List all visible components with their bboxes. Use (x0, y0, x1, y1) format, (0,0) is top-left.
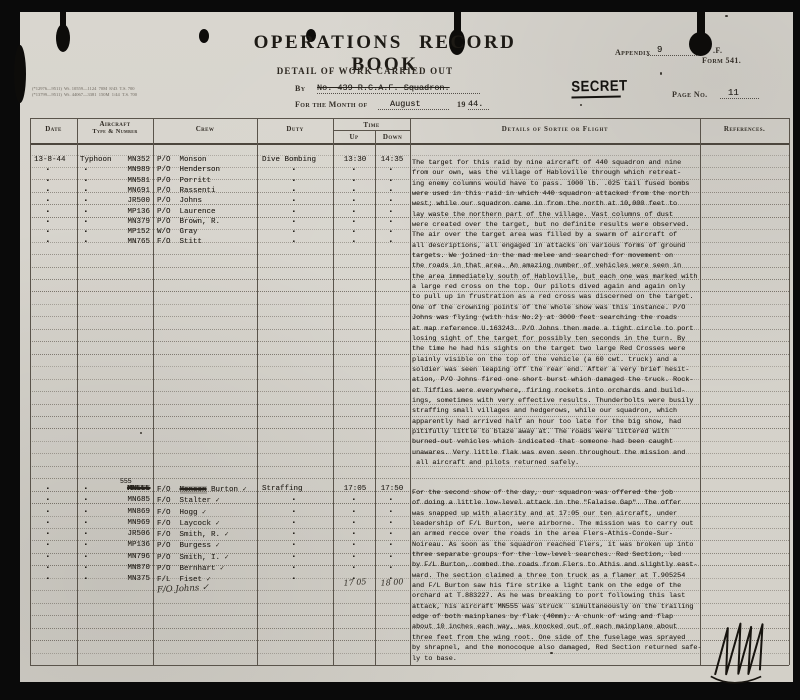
down-ditto-mark: ▪ (389, 187, 393, 194)
aircraft-serial-cell: JR500 (112, 197, 150, 205)
scan-speck (550, 652, 553, 654)
print-note-1: (*12976—9511) Wt. 10559—1124 70M 8/43 T.… (32, 86, 135, 91)
scan-speck (140, 432, 142, 434)
date-ditto-mark: ▪ (46, 508, 50, 515)
aircraft-serial-cell: MN796 (112, 553, 150, 561)
down-ditto-mark: ▪ (389, 238, 393, 245)
scan-edge-blot (14, 45, 26, 103)
header-crew: Crew (153, 125, 257, 133)
type-ditto-mark: ▪ (84, 208, 88, 215)
date-ditto-mark: ▪ (46, 187, 50, 194)
handwritten-time-down: 18 00 (374, 577, 411, 588)
type-ditto-mark: ▪ (84, 228, 88, 235)
header-duty: Duty (257, 125, 333, 133)
table-border-right (789, 118, 790, 665)
crew-name-cell: F/O Stalter ✓ (157, 496, 220, 505)
time-down-cell: 17:50 (374, 485, 410, 493)
rule-line (30, 478, 789, 479)
time-sub-divider (333, 130, 410, 131)
checkmark-icon: ✓ (220, 565, 224, 573)
up-ditto-mark: ▪ (352, 197, 356, 204)
signature-scribble (708, 613, 776, 692)
aircraft-type-cell: Typhoon (80, 156, 112, 164)
duty-ditto-mark: ▪ (292, 177, 296, 184)
duty-ditto-mark: ▪ (292, 564, 296, 571)
aircraft-serial-cell: MN969 (112, 519, 150, 527)
scan-speck (725, 15, 728, 17)
type-ditto-mark: ▪ (84, 508, 88, 515)
header-references: References. (700, 125, 789, 133)
duty-ditto-mark: ▪ (292, 238, 296, 245)
by-label: By (295, 84, 305, 93)
date-ditto-mark: ▪ (46, 218, 50, 225)
checkmark-icon: ✓ (216, 542, 220, 550)
time-up-cell: 17:05 (336, 485, 374, 493)
aircraft-serial-cell: MN989 (112, 166, 150, 174)
down-ditto-mark: ▪ (389, 177, 393, 184)
up-ditto-mark: ▪ (352, 541, 356, 548)
aircraft-serial-cell: MP136 (112, 208, 150, 216)
date-ditto-mark: ▪ (46, 485, 50, 492)
down-ditto-mark: ▪ (389, 218, 393, 225)
crew-name-cell: F/O Smith, R. ✓ (157, 530, 229, 539)
date-ditto-mark: ▪ (46, 238, 50, 245)
up-ditto-mark: ▪ (352, 530, 356, 537)
down-ditto-mark: ▪ (389, 508, 393, 515)
duty-ditto-mark: ▪ (292, 197, 296, 204)
aircraft-serial-cell: MN375 (112, 575, 150, 583)
crew-name-cell: P/O Johns (157, 197, 202, 205)
duty-ditto-mark: ▪ (292, 496, 296, 503)
month-label: For the Month of (295, 100, 368, 109)
page-subtitle: DETAIL OF WORK CARRIED OUT (245, 66, 485, 76)
header-aircraft-line1: Aircraft (77, 120, 153, 128)
aircraft-serial-cell: MP152 (112, 228, 150, 236)
header-date: Date (30, 125, 77, 133)
sortie-2-details: For the second show of the day, our squa… (412, 488, 706, 664)
handwritten-time-up: 17 05 (336, 577, 375, 589)
time-down-cell: 14:35 (374, 156, 410, 164)
aircraft-serial-cell: MN555 (112, 485, 150, 493)
type-ditto-mark: ▪ (84, 166, 88, 173)
date-ditto-mark: ▪ (46, 166, 50, 173)
duty-ditto-mark: ▪ (292, 508, 296, 515)
appendix-label: Appendix (615, 48, 651, 57)
duty-ditto-mark: ▪ (292, 228, 296, 235)
type-ditto-mark: ▪ (84, 238, 88, 245)
header-time: Time (333, 121, 410, 129)
aircraft-serial-cell: MP136 (112, 541, 150, 549)
hole-punch (56, 24, 70, 52)
checkmark-icon: ✓ (216, 497, 220, 505)
print-note-2: (*13799—9511) Wt. 44067—3381 150M 1/44 T… (32, 92, 137, 97)
up-ditto-mark: ▪ (352, 553, 356, 560)
duty-ditto-mark: ▪ (292, 208, 296, 215)
up-ditto-mark: ▪ (352, 177, 356, 184)
up-ditto-mark: ▪ (352, 228, 356, 235)
type-ditto-mark: ▪ (84, 575, 88, 582)
date-ditto-mark: ▪ (46, 496, 50, 503)
up-ditto-mark: ▪ (352, 187, 356, 194)
down-ditto-mark: ▪ (389, 166, 393, 173)
crew-name-cell: P/O Rassenti (157, 187, 216, 195)
handwritten-pilot: F/O Johns ✓ (157, 583, 210, 596)
crew-name-cell: P/O Brown, R. (157, 218, 220, 226)
month-value: August (378, 99, 449, 110)
by-value: No. 439 R.C.A.F. Squadron. (317, 83, 480, 94)
appendix-leader (647, 48, 697, 56)
page-no-value: 11 (720, 88, 759, 99)
form-ref-bottom: Form 541. (702, 56, 741, 65)
aircraft-serial-cell: MN581 (112, 177, 150, 185)
year-prefix: 19 (457, 100, 466, 109)
up-ditto-mark: ▪ (352, 564, 356, 571)
down-ditto-mark: ▪ (389, 208, 393, 215)
checkmark-icon: ✓ (225, 531, 229, 539)
scan-speck (660, 72, 662, 75)
duty-ditto-mark: ▪ (292, 519, 296, 526)
date-ditto-mark: ▪ (46, 228, 50, 235)
crew-name-cell: P/O Laurence (157, 208, 216, 216)
aircraft-serial-cell: MN870 (112, 564, 150, 572)
crew-name-cell: P/O Henderson (157, 166, 220, 174)
crew-name-cell: P/O Burgess ✓ (157, 541, 220, 550)
type-ditto-mark: ▪ (84, 177, 88, 184)
checkmark-icon: ✓ (216, 520, 220, 528)
duty-ditto-mark: ▪ (292, 575, 296, 582)
down-ditto-mark: ▪ (389, 519, 393, 526)
up-ditto-mark: ▪ (352, 496, 356, 503)
record-book-page: OPERATIONS RECORD BOOK Appendix 9 .F. Fo… (20, 12, 793, 682)
up-ditto-mark: ▪ (352, 519, 356, 526)
date-ditto-mark: ▪ (46, 197, 50, 204)
aircraft-serial-cell: MN379 (112, 218, 150, 226)
duty-cell: Dive Bombing (262, 156, 316, 164)
up-ditto-mark: ▪ (352, 508, 356, 515)
type-ditto-mark: ▪ (84, 218, 88, 225)
aircraft-serial-cell: MN765 (112, 238, 150, 246)
type-ditto-mark: ▪ (84, 541, 88, 548)
date-ditto-mark: ▪ (46, 208, 50, 215)
checkmark-icon: ✓ (202, 509, 206, 517)
hole-punch (199, 29, 209, 43)
type-ditto-mark: ▪ (84, 564, 88, 571)
form-ref-top: .F. (713, 46, 722, 55)
type-ditto-mark: ▪ (84, 530, 88, 537)
checkmark-icon: ✓ (225, 554, 229, 562)
crew-name-cell: P/O Porritt (157, 177, 211, 185)
up-ditto-mark: ▪ (352, 238, 356, 245)
duty-ditto-mark: ▪ (292, 553, 296, 560)
time-up-cell: 13:30 (336, 156, 374, 164)
duty-ditto-mark: ▪ (292, 187, 296, 194)
date-ditto-mark: ▪ (46, 541, 50, 548)
duty-ditto-mark: ▪ (292, 166, 296, 173)
scan-speck (580, 104, 582, 106)
header-details: Details of Sortie or Flight (410, 125, 700, 133)
down-ditto-mark: ▪ (389, 541, 393, 548)
struck-name: Monson (180, 486, 207, 494)
aircraft-serial-cell: JR506 (112, 530, 150, 538)
down-ditto-mark: ▪ (389, 564, 393, 571)
down-ditto-mark: ▪ (389, 530, 393, 537)
header-down: Down (375, 133, 410, 141)
down-ditto-mark: ▪ (389, 197, 393, 204)
year-value: 44. (468, 99, 489, 110)
date-ditto-mark: ▪ (46, 575, 50, 582)
type-ditto-mark: ▪ (84, 496, 88, 503)
date-ditto-mark: ▪ (46, 553, 50, 560)
aircraft-serial-cell: MN685 (112, 496, 150, 504)
crew-name-cell: F/O Hogg ✓ (157, 508, 206, 517)
date-ditto-mark: ▪ (46, 519, 50, 526)
crew-name-cell: F/O Monson Burton ✓ (157, 485, 247, 494)
crew-name-cell: W/O Gray (157, 228, 198, 236)
duty-ditto-mark: ▪ (292, 541, 296, 548)
date-ditto-mark: ▪ (46, 564, 50, 571)
crew-name-cell: F/O Laycock ✓ (157, 519, 220, 528)
date-ditto-mark: ▪ (46, 177, 50, 184)
date-cell: 13-8-44 (34, 156, 66, 164)
down-ditto-mark: ▪ (389, 228, 393, 235)
type-ditto-mark: ▪ (84, 485, 88, 492)
checkmark-icon: ✓ (243, 486, 247, 494)
crew-name-cell: F/O Stitt (157, 238, 202, 246)
header-aircraft-line2: Type & Number (77, 128, 153, 135)
sortie-1-details: The target for this raid by nine aircraf… (412, 158, 706, 468)
aircraft-serial-cell: MN869 (112, 508, 150, 516)
up-ditto-mark: ▪ (352, 208, 356, 215)
up-ditto-mark: ▪ (352, 218, 356, 225)
aircraft-serial-cell: MN352 (112, 156, 150, 164)
page-no-label: Page No. (672, 90, 708, 99)
type-ditto-mark: ▪ (84, 197, 88, 204)
type-ditto-mark: ▪ (84, 187, 88, 194)
date-ditto-mark: ▪ (46, 530, 50, 537)
table-border-bottom (30, 665, 789, 666)
duty-ditto-mark: ▪ (292, 218, 296, 225)
secret-stamp: SECRET (571, 78, 621, 99)
duty-ditto-mark: ▪ (292, 530, 296, 537)
duty-cell: Straffing (262, 485, 303, 493)
crew-name-cell: P/O Smith, I. ✓ (157, 553, 229, 562)
aircraft-serial-cell: MN691 (112, 187, 150, 195)
crew-name-cell: P/O Bernhart ✓ (157, 564, 224, 573)
type-ditto-mark: ▪ (84, 519, 88, 526)
serial-correction: 555 (120, 478, 132, 485)
header-up: Up (333, 133, 375, 141)
type-ditto-mark: ▪ (84, 553, 88, 560)
up-ditto-mark: ▪ (352, 166, 356, 173)
down-ditto-mark: ▪ (389, 553, 393, 560)
crew-name-cell: P/O Monson (157, 156, 207, 164)
down-ditto-mark: ▪ (389, 496, 393, 503)
